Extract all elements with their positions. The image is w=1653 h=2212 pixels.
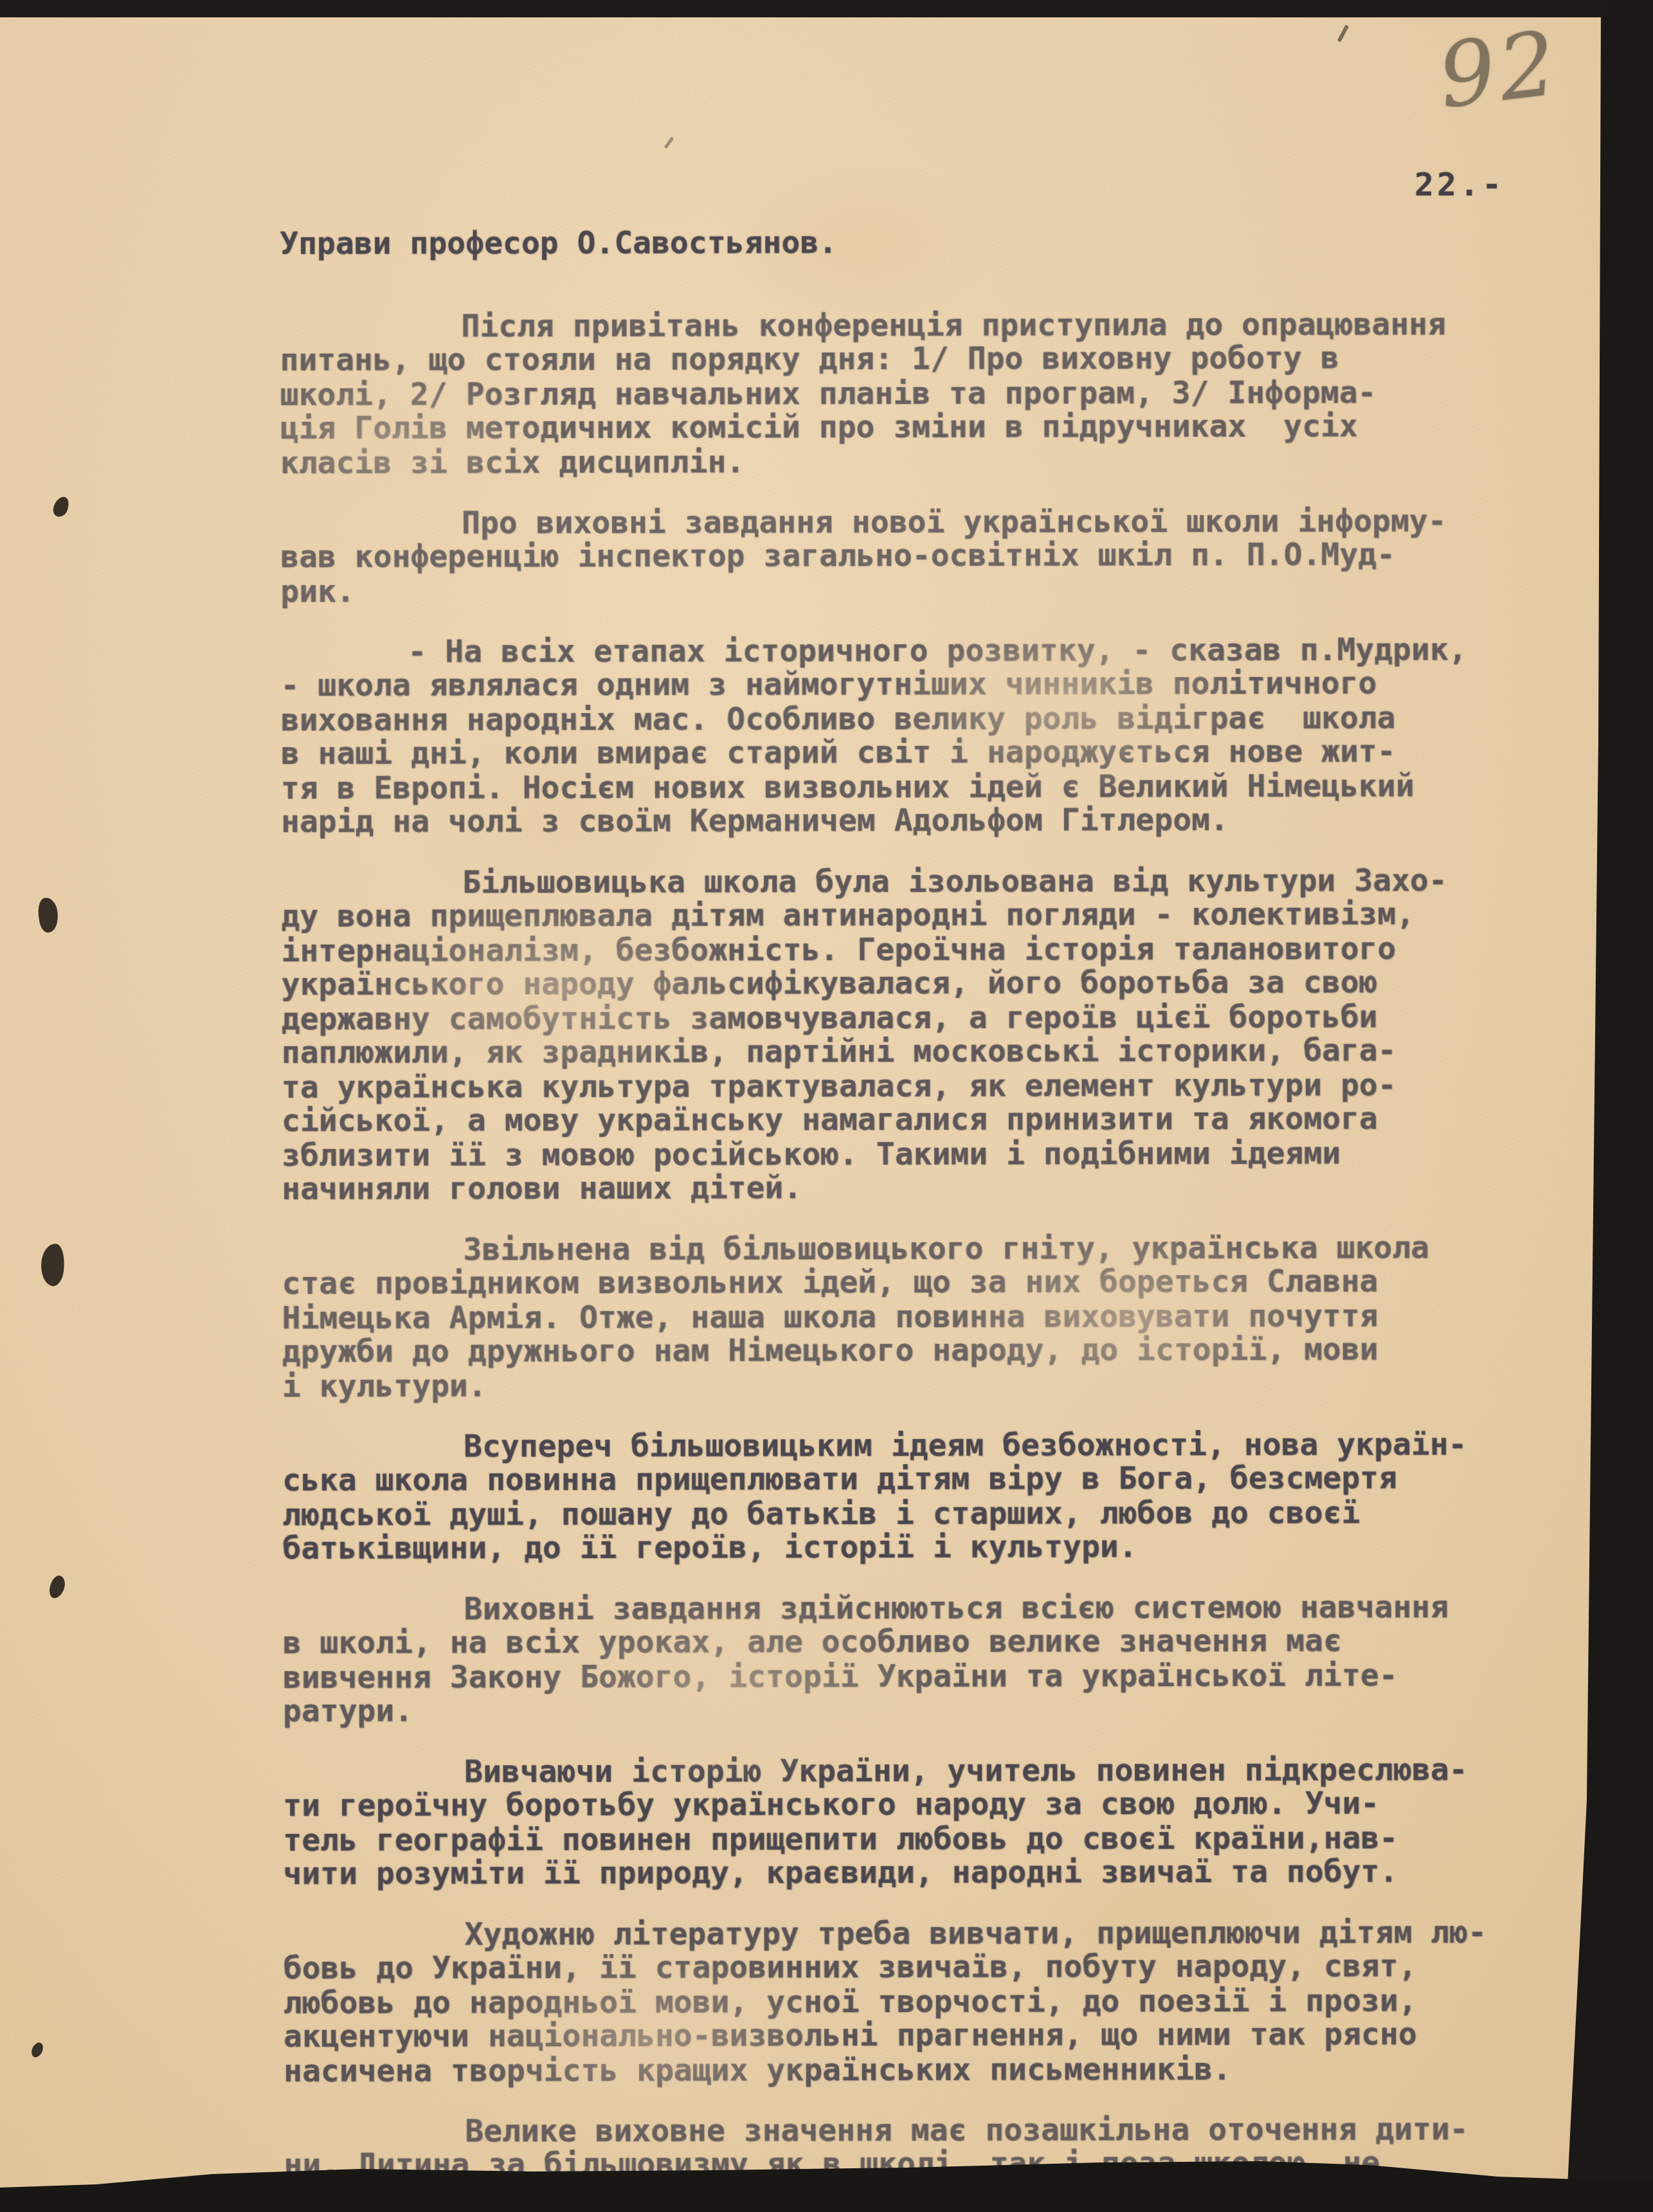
- typed-line: нарід на чолі з своїм Керманичем Адольфо…: [281, 802, 1515, 839]
- typed-line: Всупереч більшовицьким ідеям безбожності…: [282, 1428, 1517, 1464]
- typed-line: начиняли голови наших дітей.: [282, 1170, 1516, 1206]
- paragraph: Управи професор О.Савостьянов.: [280, 224, 1514, 260]
- typed-line: питань, що стояли на порядку дня: 1/ Про…: [280, 341, 1514, 377]
- typed-line: вивчення Закону Божого, історії України …: [283, 1658, 1517, 1695]
- typed-line: інтернаціоналізм, безбожність. Героїчна …: [281, 932, 1515, 968]
- typed-line: Про виховні завдання нової української ш…: [280, 504, 1515, 541]
- paragraph: Всупереч більшовицьким ідеям безбожності…: [282, 1427, 1517, 1566]
- typed-page-number: 22.-: [1414, 166, 1504, 203]
- paragraph: Художню літературу треба вивчати, прищеп…: [284, 1915, 1519, 2088]
- ink-blot: [39, 1242, 67, 1287]
- typed-line: Управи професор О.Савостьянов.: [280, 224, 1514, 261]
- typed-text: Управи професор О.Савостьянов.Після прив…: [280, 224, 1518, 2182]
- typed-line: зблизити її з мовою російською. Такими і…: [282, 1136, 1516, 1173]
- paragraph: Звільнена від більшовицького гніту, укра…: [282, 1230, 1517, 1403]
- typed-line: та українська культура трактувалася, як …: [282, 1068, 1516, 1105]
- typed-line: виховання народніх мас. Особливо велику …: [281, 701, 1515, 738]
- typed-line: бовь до України, її старовинних звичаїв,…: [284, 1949, 1518, 1986]
- paragraph: Виховні завдання здійснюються всією сист…: [282, 1590, 1517, 1728]
- typed-line: школі, 2/ Розгляд навчальних планів та п…: [280, 376, 1514, 412]
- ink-blot: [30, 2041, 46, 2060]
- pencil-mark: [1337, 24, 1349, 42]
- typed-line: - На всіх етапах історичного розвитку, -…: [280, 633, 1515, 669]
- typed-line: акцентуючи національно-визвольні прагнен…: [284, 2017, 1518, 2054]
- paragraph: - На всіх етапах історичного розвитку, -…: [280, 632, 1515, 839]
- typed-line: стає провідником визвольних ідей, що за …: [282, 1264, 1516, 1301]
- handwritten-folio-number: 92: [1433, 11, 1566, 129]
- typed-line: Після привітань конференція приступила д…: [280, 307, 1514, 344]
- typed-line: дружби до дружнього нам Німецького народ…: [282, 1332, 1517, 1369]
- typed-line: Німецька Армія. Отже, наша школа повинна…: [282, 1299, 1517, 1336]
- typed-line: паплюжили, як зрадників, партійні москов…: [282, 1033, 1516, 1070]
- typed-line: батьківщини, до її героїв, історії і кул…: [282, 1529, 1517, 1566]
- typed-line: любовь до народньої мови, усної творчост…: [284, 1984, 1518, 2020]
- typed-line: в наші дні, коли вмирає старий світ і на…: [281, 734, 1515, 771]
- typed-line: державну самобутність замовчувалася, а г…: [282, 1000, 1516, 1037]
- paragraph: Вивчаючи історію України, учитель повине…: [283, 1752, 1517, 1891]
- typed-line: Звільнена від більшовицького гніту, укра…: [282, 1231, 1516, 1267]
- typed-line: класів зі всіх дисциплін.: [280, 444, 1515, 480]
- typed-line: насичена творчість кращих українських пи…: [284, 2052, 1518, 2089]
- ink-blot: [48, 1574, 67, 1600]
- typed-line: українського народу фальсифікувалася, йо…: [281, 965, 1515, 1002]
- typed-line: чити розуміти її природу, краєвиди, наро…: [283, 1854, 1517, 1891]
- paragraph: Після привітань конференція приступила д…: [280, 307, 1515, 480]
- typed-line: Художню літературу треба вивчати, прищеп…: [284, 1916, 1518, 1952]
- paragraph: Більшовицька школа була ізольована від к…: [281, 863, 1516, 1206]
- typed-line: сійської, а мову українську намагалися п…: [282, 1101, 1516, 1138]
- ink-blot: [36, 896, 60, 934]
- typed-line: і культури.: [282, 1367, 1517, 1404]
- typed-line: Більшовицька школа була ізольована від к…: [281, 864, 1515, 900]
- typed-line: - школа являлася одним з наймогутніших ч…: [280, 666, 1515, 703]
- typed-line: Виховні завдання здійснюються всією сист…: [282, 1590, 1517, 1627]
- typed-line: рик.: [280, 572, 1515, 609]
- scan-border-top: [0, 0, 1653, 17]
- typed-line: ти героїчну боротьбу українського народу…: [283, 1786, 1517, 1823]
- pencil-mark: [664, 136, 674, 149]
- typed-line: Вивчаючи історію України, учитель повине…: [283, 1753, 1517, 1790]
- typed-line: в школі, на всіх уроках, але особливо ве…: [283, 1624, 1517, 1660]
- typed-line: тель географії повинен прищепити любовь …: [283, 1821, 1517, 1858]
- typed-line: вав конференцію інспектор загально-освіт…: [280, 538, 1515, 574]
- ink-blot: [51, 494, 71, 518]
- paragraph: Про виховні завдання нової української ш…: [280, 503, 1515, 608]
- typed-line: ду вона прищеплювала дітям антинародні п…: [281, 897, 1515, 934]
- typed-line: ція Голів методичних комісій про зміни в…: [280, 409, 1515, 446]
- typed-line: тя в Европі. Носієм нових визвольних іде…: [281, 769, 1515, 806]
- typed-line: людської душі, пошану до батьків і старш…: [282, 1496, 1517, 1532]
- typed-line: ська школа повинна прищеплювати дітям ві…: [282, 1461, 1517, 1498]
- typed-line: ратури.: [283, 1692, 1517, 1728]
- typed-line: Велике виховне значення має позашкільна …: [284, 2112, 1518, 2149]
